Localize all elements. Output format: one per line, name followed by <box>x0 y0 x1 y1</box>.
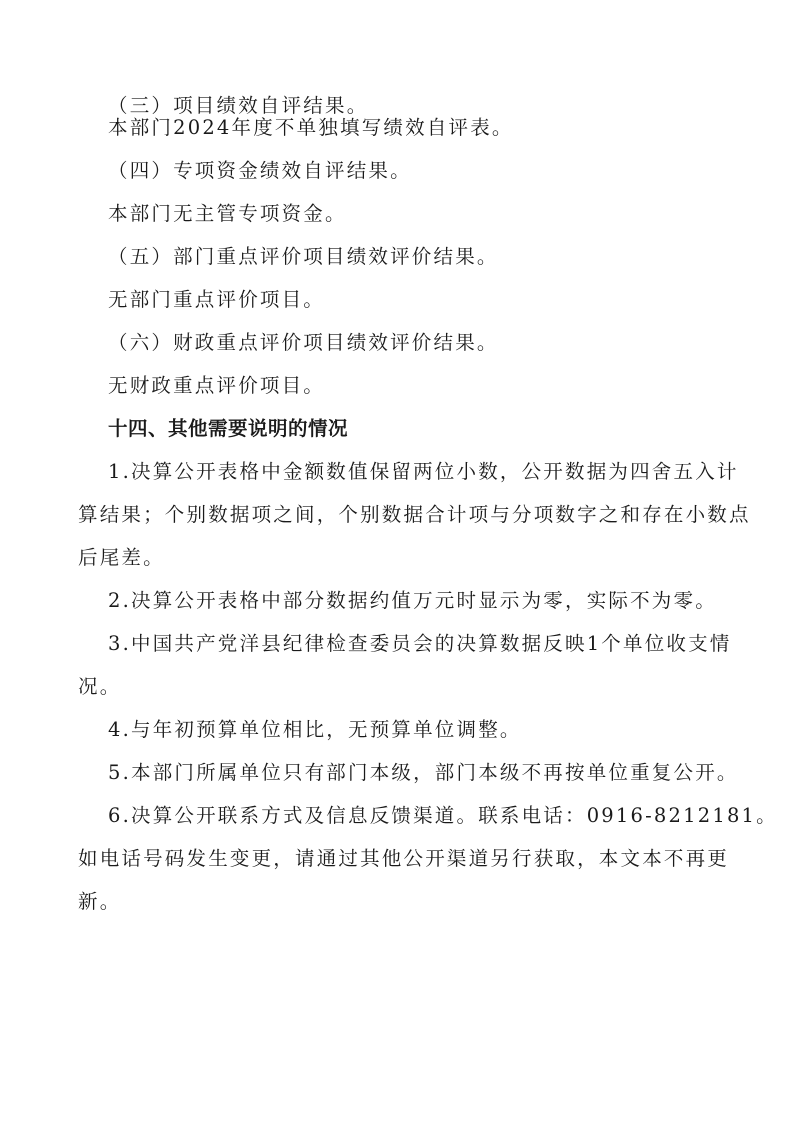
note-5: 5.本部门所属单位只有部门本级，部门本级不再按单位重复公开。 <box>108 758 758 788</box>
note-1-line-3: 后尾差。 <box>78 543 728 573</box>
subheading-department-key-evaluation: （五）部门重点评价项目绩效评价结果。 <box>108 242 758 272</box>
paragraph-no-self-evaluation-form: 本部门2024年度不单独填写绩效自评表。 <box>108 113 758 143</box>
note-1-line-2: 算结果；个别数据项之间，个别数据合计项与分项数字之和存在小数点 <box>78 500 728 530</box>
subheading-special-funds: （四）专项资金绩效自评结果。 <box>108 156 758 186</box>
section-heading: 十四、其他需要说明的情况 <box>108 414 758 444</box>
note-1-line-1: 1.决算公开表格中金额数值保留两位小数，公开数据为四舍五入计 <box>108 457 728 487</box>
note-6-line-2: 如电话号码发生变更，请通过其他公开渠道另行获取，本文本不再更 <box>78 844 728 874</box>
note-4: 4.与年初预算单位相比，无预算单位调整。 <box>108 715 758 745</box>
note-2: 2.决算公开表格中部分数据约值万元时显示为零，实际不为零。 <box>108 586 758 616</box>
note-3-line-1: 3.中国共产党洋县纪律检查委员会的决算数据反映1个单位收支情 <box>108 629 728 659</box>
note-6-line-3: 新。 <box>78 887 728 917</box>
paragraph-no-special-funds: 本部门无主管专项资金。 <box>108 199 758 229</box>
document-page: （三）项目绩效自评结果。 本部门2024年度不单独填写绩效自评表。 （四）专项资… <box>0 0 793 1122</box>
paragraph-no-finance-key-projects: 无财政重点评价项目。 <box>108 371 758 401</box>
paragraph-no-department-key-projects: 无部门重点评价项目。 <box>108 285 758 315</box>
note-3-line-2: 况。 <box>78 672 728 702</box>
subheading-finance-key-evaluation: （六）财政重点评价项目绩效评价结果。 <box>108 328 758 358</box>
note-6-line-1: 6.决算公开联系方式及信息反馈渠道。联系电话：0916-8212181。 <box>108 801 728 831</box>
